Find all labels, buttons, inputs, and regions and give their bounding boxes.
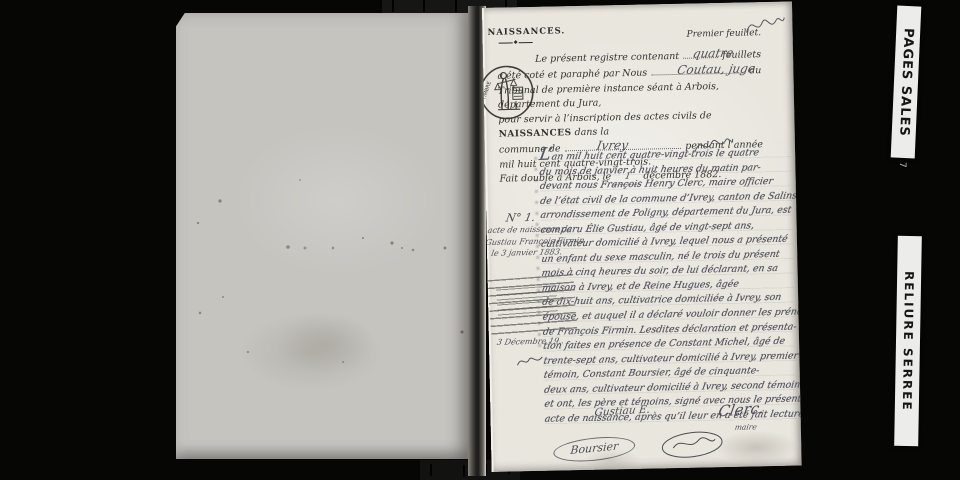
label-text: PAGES SALES [896,27,916,136]
printed-text: pour servir à l’inscription des actes ci… [498,110,711,125]
signature-mayor-title: maire [734,422,757,431]
header-ornament-icon: ◆ [488,40,544,46]
page-title: NAISSANCES. [487,27,543,38]
handwritten-birth-act: L’an mil huit cent quatre-vingt-trois le… [539,143,797,428]
handwritten-fill: Coutau, juge [676,61,756,77]
stub-tick [392,0,394,12]
signature-flourish-icon [659,427,726,462]
page-header: NAISSANCES. ◆ [487,27,543,46]
left-blank-page [176,13,470,459]
dotted-blank: Coutau, juge [651,63,745,76]
stub-tick [423,0,425,12]
register-act-page: NAISSANCES. ◆ Premier feuillet. TIMBRE L… [482,2,802,472]
dotted-blank: quatre [683,47,718,59]
archival-label-reliure-serree: RELIURE SERREE [894,236,922,446]
stub-tick [463,465,465,477]
archival-label-pages-sales: PAGES SALES [891,6,922,159]
stub-tick [455,0,457,12]
signature-witness-boursier: Boursier [552,434,636,465]
judge-paraph-icon [742,12,787,41]
handwritten-fill: quatre [692,45,735,60]
scanned-register-photo: { "side_labels": { "pages_sales": "PAGES… [0,0,960,480]
stub-tick [430,464,432,476]
printed-text-bold: NAISSANCES [499,128,572,140]
mention-paraph-icon [515,353,545,370]
printed-text: dans la [574,126,609,138]
pencil-note: 7 [897,162,907,168]
label-text: RELIURE SERREE [900,271,916,412]
signature-mayor: Clerc. [717,399,766,421]
